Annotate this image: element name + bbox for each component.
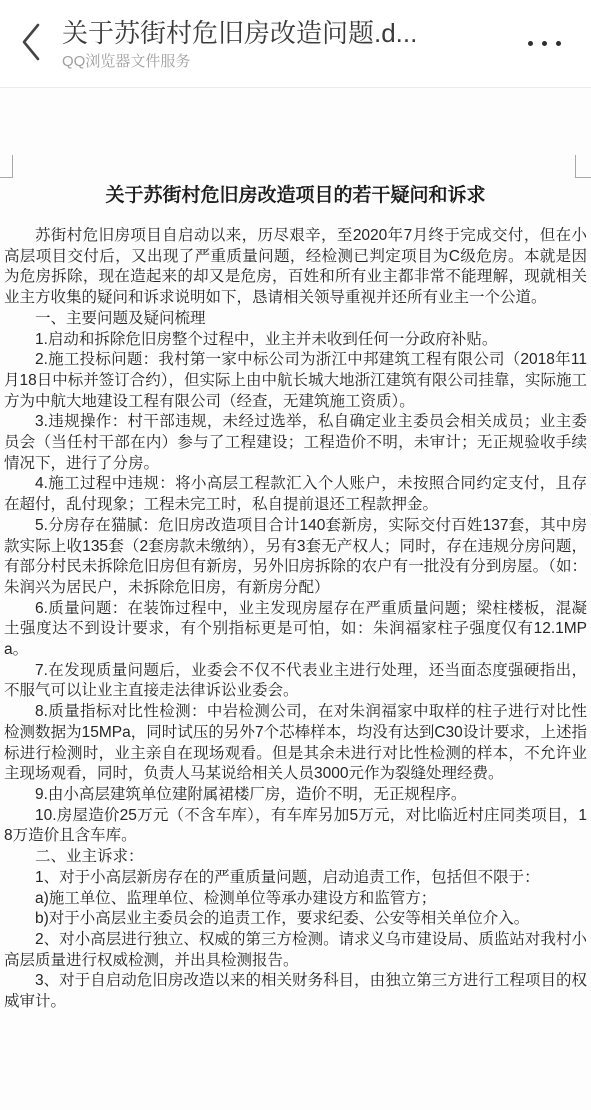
back-button[interactable] bbox=[0, 0, 62, 87]
document-paragraph: 1、对于小高层新房存在的严重质量问题，启动追责工作，包括但不限于： bbox=[4, 868, 587, 889]
document-paragraph: a)施工单位、监理单位、检测单位等承办建设方和监管方； bbox=[4, 889, 587, 910]
more-options-button[interactable] bbox=[512, 0, 591, 87]
document-paragraph: 5.分房存在猫腻：危旧房改造项目合计140套新房，实际交付百姓137套，其中房款… bbox=[4, 516, 587, 599]
document-paragraph: 7.在发现质量问题后，业委会不仅不代表业主进行处理，还当面态度强硬指出，不服气可… bbox=[4, 661, 587, 702]
file-name: 关于苏街村危旧房改造问题.d... bbox=[62, 17, 512, 49]
document-paragraph: 1.启动和拆除危旧房整个过程中，业主并未收到任何一分政府补贴。 bbox=[4, 330, 587, 351]
document-paragraph: 10.房屋造价25万元（不含车库），有车库另加5万元，对比临近村庄同类项目，18… bbox=[4, 806, 587, 847]
document-title: 关于苏街村危旧房改造项目的若干疑问和诉求 bbox=[10, 183, 581, 209]
document-paragraph: 2.施工投标问题：我村第一家中标公司为浙江中邦建筑工程有限公司（2018年11月… bbox=[4, 350, 587, 412]
document-paragraph: 苏街村危旧房项目自启动以来，历尽艰辛，至2020年7月终于完成交付，但在小高层项… bbox=[4, 226, 587, 309]
document-body: 苏街村危旧房项目自启动以来，历尽艰辛，至2020年7月终于完成交付，但在小高层项… bbox=[4, 226, 587, 1013]
document-paragraph: 4.施工过程中违规：将小高层工程款汇入个人账户，未按照合同约定支付，且存在超付，… bbox=[4, 474, 587, 515]
document-paragraph: 二、业主诉求： bbox=[4, 847, 587, 868]
document-paragraph: b)对于小高层业主委员会的追责工作，要求纪委、公安等相关单位介入。 bbox=[4, 909, 587, 930]
page-corner-mark-left bbox=[0, 155, 13, 178]
ellipsis-icon bbox=[528, 41, 561, 46]
file-info: 关于苏街村危旧房改造问题.d... QQ浏览器文件服务 bbox=[62, 15, 512, 72]
document-paragraph: 3、对于自启动危旧房改造以来的相关财务科目，由独立第三方进行工程项目的权威审计。 bbox=[4, 971, 587, 1012]
chevron-left-icon bbox=[19, 21, 43, 66]
file-viewer-header: 关于苏街村危旧房改造问题.d... QQ浏览器文件服务 bbox=[0, 0, 591, 88]
document-paragraph: 2、对小高层进行独立、权威的第三方检测。请求义乌市建设局、质监站对我村小高层质量… bbox=[4, 930, 587, 971]
document-paragraph: 6.质量问题：在装饰过程中，业主发现房屋存在严重质量问题；梁柱楼板，混凝土强度达… bbox=[4, 599, 587, 661]
document-paragraph: 一、主要问题及疑问梳理 bbox=[4, 309, 587, 330]
file-service-label: QQ浏览器文件服务 bbox=[62, 52, 512, 72]
document-paragraph: 9.由小高层建筑单位建附属裙楼厂房，造价不明，无正规程序。 bbox=[4, 785, 587, 806]
page-corner-mark-right bbox=[575, 155, 591, 178]
document-paragraph: 8.质量指标对比性检测：中岩检测公司，在对朱润福家中取样的柱子进行对比性检测数据… bbox=[4, 702, 587, 785]
document-paragraph: 3.违规操作：村干部违规，未经过选举，私自确定业主委员会相关成员；业主委员会（当… bbox=[4, 412, 587, 474]
document-scroll-area[interactable]: 关于苏街村危旧房改造项目的若干疑问和诉求 苏街村危旧房项目自启动以来，历尽艰辛，… bbox=[0, 88, 591, 1110]
